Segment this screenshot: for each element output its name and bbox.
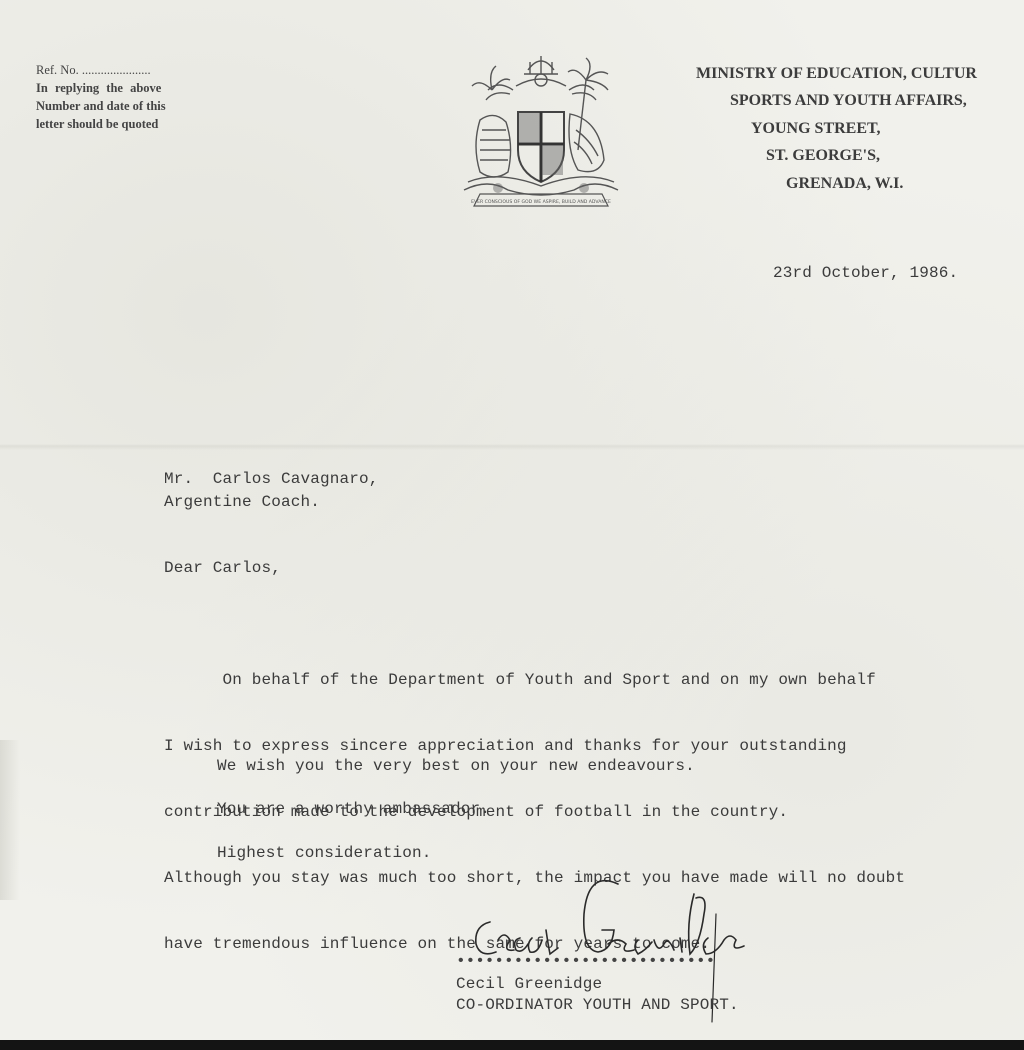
signatory-name: Cecil Greenidge [456,975,602,993]
recipient-title: Argentine Coach. [164,493,320,511]
signature-dotted-line: ••••••••••••••••••••••••••• [456,952,715,970]
paper-fold-shadow [0,740,20,900]
ministry-line: YOUNG STREET, [751,115,881,143]
ministry-line: SPORTS AND YOUTH AFFAIRS, [730,87,967,115]
ministry-line: ST. GEORGE'S, [766,142,880,170]
body-paragraph-2: We wish you the very best on your new en… [217,757,695,775]
body-line: On behalf of the Department of Youth and… [164,669,905,691]
letter-date: 23rd October, 1986. [773,264,958,282]
crest-motto: EVER CONSCIOUS OF GOD WE ASPIRE, BUILD A… [471,199,611,205]
body-line: I wish to express sincere appreciation a… [164,735,905,757]
ref-instruction-line: In replying the above [36,79,166,97]
ministry-line: GRENADA, W.I. [786,170,903,198]
ministry-line: MINISTRY OF EDUCATION, CULTUR [696,60,977,88]
body-paragraph-3: You are a worthy ambassador. [217,800,490,818]
closing-line: Highest consideration. [217,844,432,862]
ref-number-label: Ref. No. ...................... [36,61,166,79]
ref-instruction-line: Number and date of this [36,97,166,115]
salutation: Dear Carlos, [164,559,281,577]
ref-instruction-line: letter should be quoted [36,115,166,133]
scan-border [0,1040,1024,1050]
reference-block: Ref. No. ...................... In reply… [36,61,166,133]
coat-of-arms-icon: EVER CONSCIOUS OF GOD WE ASPIRE, BUILD A… [458,50,624,212]
signatory-title: CO-ORDINATOR YOUTH AND SPORT. [456,996,739,1014]
recipient-name: Mr. Carlos Cavagnaro, [164,470,379,488]
letter-page: Ref. No. ...................... In reply… [0,0,1024,1040]
